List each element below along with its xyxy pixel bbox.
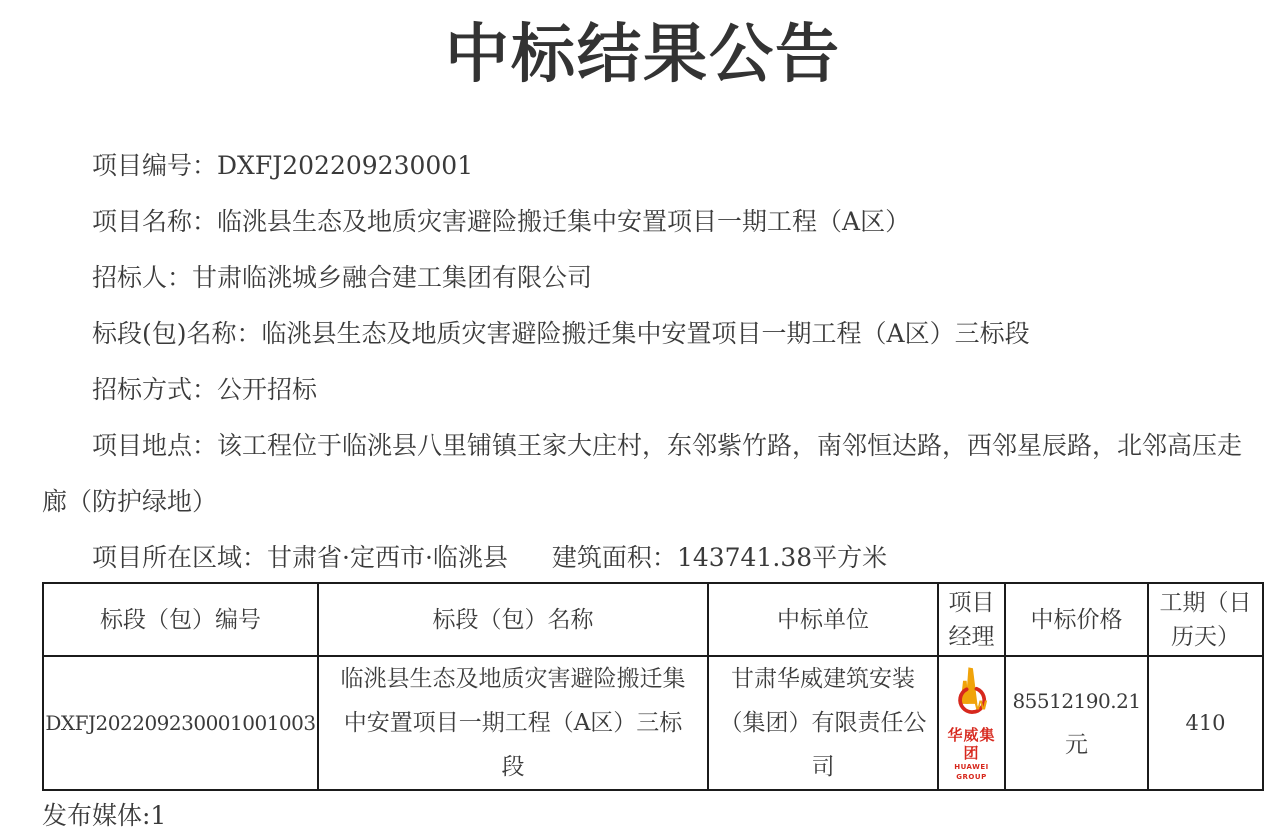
field-tender-method: 招标方式：公开招标 — [42, 362, 1262, 418]
field-value: 临洮县生态及地质灾害避险搬迁集中安置项目一期工程（A区）三标段 — [262, 319, 1030, 348]
publish-media-line: 发布媒体:1 — [42, 801, 1262, 831]
table-row: DXFJ202209230001001003 临洮县生态及地质灾害避险搬迁集中安… — [43, 656, 1263, 790]
col-header-project-manager: 项目经理 — [938, 583, 1005, 656]
col-header-winner: 中标单位 — [708, 583, 938, 656]
col-header-price: 中标价格 — [1005, 583, 1148, 656]
huawei-group-logo: W 华威集团 HUAWEI GROUP — [941, 664, 1002, 782]
col-header-duration: 工期（日历天） — [1148, 583, 1263, 656]
field-label: 标段(包)名称： — [92, 319, 262, 348]
price-unit: 元 — [1065, 732, 1088, 758]
page-title: 中标结果公告 — [0, 0, 1286, 94]
cell-duration: 410 — [1148, 656, 1263, 790]
field-project-location: 项目地点：该工程位于临洮县八里铺镇王家大庄村，东邻紫竹路，南邻恒达路，西邻星辰路… — [42, 418, 1262, 530]
cell-section-name: 临洮县生态及地质灾害避险搬迁集中安置项目一期工程（A区）三标段 — [318, 656, 708, 790]
region-value: 甘肃省·定西市·临洮县 — [267, 543, 508, 572]
bid-result-table: 标段（包）编号 标段（包）名称 中标单位 项目经理 中标价格 工期（日历天） D… — [42, 582, 1264, 791]
col-header-section-code: 标段（包）编号 — [43, 583, 318, 656]
field-label: 项目编号： — [92, 151, 217, 180]
cell-project-manager: W 华威集团 HUAWEI GROUP — [938, 656, 1005, 790]
region-label: 项目所在区域： — [92, 543, 267, 572]
logo-text-en: HUAWEI GROUP — [941, 762, 1002, 782]
field-project-name: 项目名称：临洮县生态及地质灾害避险搬迁集中安置项目一期工程（A区） — [42, 194, 1262, 250]
field-value: 公开招标 — [217, 375, 317, 404]
field-value: 甘肃临洮城乡融合建工集团有限公司 — [192, 263, 592, 292]
field-label: 项目地点： — [92, 431, 217, 460]
field-label: 招标人： — [92, 263, 192, 292]
cell-section-code: DXFJ202209230001001003 — [43, 656, 318, 790]
field-value: DXFJ202209230001 — [217, 151, 473, 180]
field-section-name: 标段(包)名称：临洮县生态及地质灾害避险搬迁集中安置项目一期工程（A区）三标段 — [42, 306, 1262, 362]
area-label: 建筑面积： — [552, 543, 677, 572]
field-value: 该工程位于临洮县八里铺镇王家大庄村，东邻紫竹路，南邻恒达路，西邻星辰路，北邻高压… — [42, 431, 1242, 516]
cell-winner: 甘肃华威建筑安装（集团）有限责任公司 — [708, 656, 938, 790]
svg-text:W: W — [973, 697, 987, 712]
tower-logo-icon: W — [947, 664, 997, 726]
price-amount: 85512190.21 — [1012, 689, 1140, 713]
col-header-section-name: 标段（包）名称 — [318, 583, 708, 656]
area-value: 143741.38平方米 — [677, 543, 887, 572]
field-label: 招标方式： — [92, 375, 217, 404]
field-value: 临洮县生态及地质灾害避险搬迁集中安置项目一期工程（A区） — [217, 207, 910, 236]
section-code-value: DXFJ202209230001001003 — [45, 711, 315, 735]
table-header-row: 标段（包）编号 标段（包）名称 中标单位 项目经理 中标价格 工期（日历天） — [43, 583, 1263, 656]
announcement-body: 项目编号：DXFJ202209230001 项目名称：临洮县生态及地质灾害避险搬… — [42, 138, 1262, 831]
field-label: 项目名称： — [92, 207, 217, 236]
cell-price: 85512190.21元 — [1005, 656, 1148, 790]
logo-text-cn: 华威集团 — [941, 726, 1002, 762]
field-tenderer: 招标人：甘肃临洮城乡融合建工集团有限公司 — [42, 250, 1262, 306]
field-region-and-area: 项目所在区域：甘肃省·定西市·临洮县建筑面积：143741.38平方米 — [42, 530, 1262, 586]
field-project-code: 项目编号：DXFJ202209230001 — [42, 138, 1262, 194]
